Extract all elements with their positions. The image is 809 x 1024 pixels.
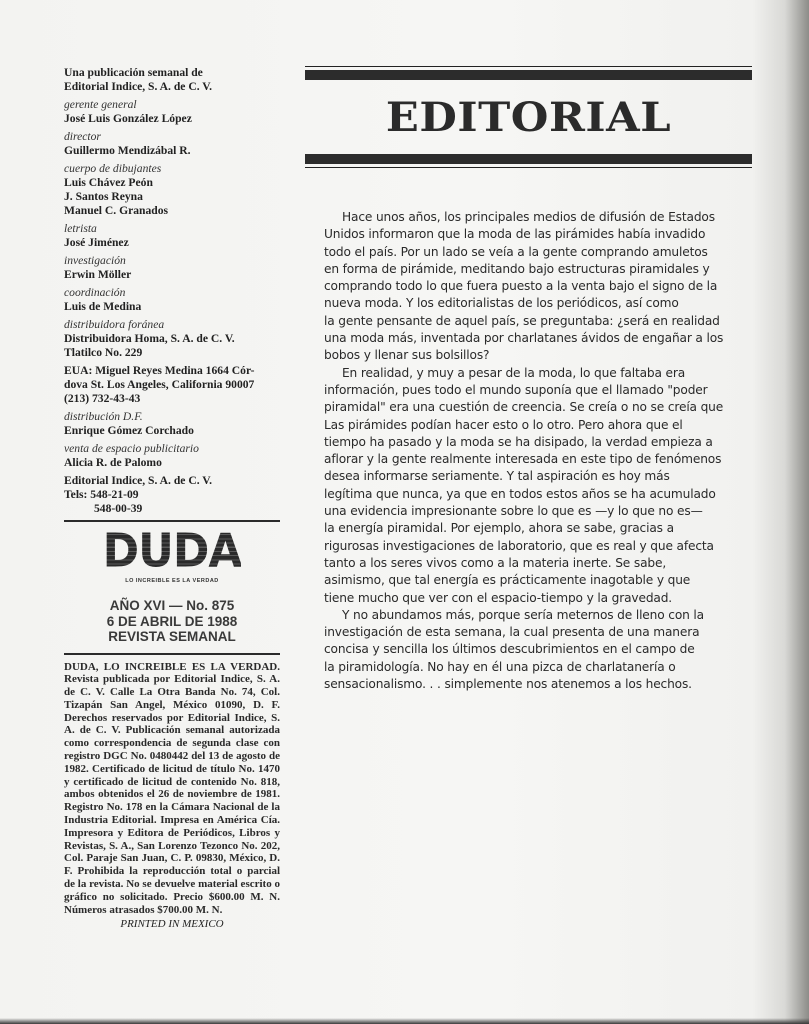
contact-info: Editorial Indice, S. A. de C. V. Tels: 5… — [64, 474, 280, 516]
issue-type: REVISTA SEMANAL — [64, 629, 280, 645]
staff-role: venta de espacio publicitario — [64, 442, 280, 456]
text-line: Las pirámides podían hacer esto o lo otr… — [324, 417, 742, 434]
legal-notice: DUDA, LO INCREIBLE ES LA VERDAD. Revista… — [64, 661, 280, 917]
text-line: asimismo, que tal energía es prácticamen… — [324, 572, 742, 589]
contact-phone: Tels: 548-21-09 — [64, 488, 280, 502]
issue-number: AÑO XVI — No. 875 — [64, 598, 280, 614]
magazine-page: Una publicación semanal de Editorial Ind… — [0, 0, 809, 1024]
staff-entry: director Guillermo Mendizábal R. — [64, 130, 280, 158]
staff-name: Alicia R. de Palomo — [64, 456, 280, 470]
text-line: rigurosas investigaciones de laboratorio… — [324, 538, 742, 555]
paragraph: En realidad, y muy a pesar de la moda, l… — [324, 365, 742, 607]
rule-bar-bottom — [305, 154, 752, 164]
staff-role: distribuidora foránea — [64, 318, 280, 332]
text-line: tanto a los seres vivos como a la materi… — [324, 555, 742, 572]
staff-name: Manuel C. Granados — [64, 204, 280, 218]
publisher-line: Editorial Indice, S. A. de C. V. — [64, 80, 280, 94]
text-line: aflorar y la gente realmente interesada … — [324, 451, 742, 468]
text-line: tiene mucho que ver con el espacio-tiemp… — [324, 590, 742, 607]
editorial-body: Hace unos años, los principales medios d… — [324, 209, 742, 693]
printed-in-mexico: PRINTED IN MEXICO — [64, 917, 280, 931]
text-line: bobos y llenar sus bolsillos? — [324, 347, 742, 364]
duda-logo: DUDA — [103, 531, 242, 573]
staff-entry: venta de espacio publicitario Alicia R. … — [64, 442, 280, 470]
staff-entry: letrista José Jiménez — [64, 222, 280, 250]
staff-name: Luis Chávez Peón — [64, 176, 280, 190]
text-line: comprando todo lo que fuera puesto a la … — [324, 278, 742, 295]
staff-name: J. Santos Reyna — [64, 190, 280, 204]
text-line: en forma de pirámide, meditando bajo est… — [324, 261, 742, 278]
staff-role: director — [64, 130, 280, 144]
rule-thin-bottom — [305, 167, 752, 168]
staff-name: Luis de Medina — [64, 300, 280, 314]
editorial-header: EDITORIAL — [305, 66, 752, 168]
us-distributor: EUA: Miguel Reyes Medina 1664 Cór- dova … — [64, 364, 280, 406]
contact-phone: 548-00-39 — [64, 502, 280, 516]
text-line: legítima que nunca, ya que en todos esto… — [324, 486, 742, 503]
staff-role: distribución D.F. — [64, 410, 280, 424]
us-distributor-line: EUA: Miguel Reyes Medina 1664 Cór- — [64, 364, 280, 378]
staff-role: gerente general — [64, 98, 280, 112]
staff-entry: investigación Erwin Möller — [64, 254, 280, 282]
text-line: la piramidología. No hay en él una pizca… — [324, 659, 742, 676]
text-line: Hace unos años, los principales medios d… — [324, 209, 742, 226]
publisher-info: Una publicación semanal de Editorial Ind… — [64, 66, 280, 94]
divider — [64, 520, 280, 522]
staff-role: coordinación — [64, 286, 280, 300]
page-bottom-edge — [0, 1018, 809, 1024]
staff-name: José Jiménez — [64, 236, 280, 250]
divider — [64, 653, 280, 655]
staff-name: Enrique Gómez Corchado — [64, 424, 280, 438]
text-line: Unidos informaron que la moda de las pir… — [324, 226, 742, 243]
masthead: Una publicación semanal de Editorial Ind… — [64, 66, 280, 931]
staff-name: José Luis González López — [64, 112, 280, 126]
staff-name: Tlatilco No. 229 — [64, 346, 280, 360]
staff-role: letrista — [64, 222, 280, 236]
text-line: una evidencia impresionante sobre lo que… — [324, 503, 742, 520]
text-line: una moda más, inventada por charlatanes … — [324, 330, 742, 347]
publisher-line: Una publicación semanal de — [64, 66, 280, 80]
text-line: sensacionalismo. . . simplemente nos ate… — [324, 676, 742, 693]
staff-role: cuerpo de dibujantes — [64, 162, 280, 176]
staff-entry: gerente general José Luis González López — [64, 98, 280, 126]
contact-company: Editorial Indice, S. A. de C. V. — [64, 474, 280, 488]
text-line: Y no abundamos más, porque sería meterno… — [324, 607, 742, 624]
text-line: investigación de esta semana, la cual pr… — [324, 624, 742, 641]
staff-name: Distribuidora Homa, S. A. de C. V. — [64, 332, 280, 346]
text-line: tiempo ha pasado y la moda se ha disipad… — [324, 434, 742, 451]
staff-entry: coordinación Luis de Medina — [64, 286, 280, 314]
staff-entry: distribuidora foránea Distribuidora Homa… — [64, 318, 280, 360]
text-line: piramidal" era una cuestión de creencia.… — [324, 399, 742, 416]
rule-bar-top — [305, 70, 752, 80]
staff-name: Guillermo Mendizábal R. — [64, 144, 280, 158]
duda-logo-block: DUDA LO INCREIBLE ES LA VERDAD — [64, 532, 280, 588]
issue-date: 6 DE ABRIL DE 1988 — [64, 614, 280, 630]
staff-entry: distribución D.F. Enrique Gómez Corchado — [64, 410, 280, 438]
issue-info: AÑO XVI — No. 875 6 DE ABRIL DE 1988 REV… — [64, 598, 280, 645]
text-line: la gente pensante de aquel país, se preg… — [324, 313, 742, 330]
paragraph: Hace unos años, los principales medios d… — [324, 209, 742, 365]
staff-role: investigación — [64, 254, 280, 268]
text-line: En realidad, y muy a pesar de la moda, l… — [324, 365, 742, 382]
text-line: nueva moda. Y los editorialistas de los … — [324, 295, 742, 312]
text-line: información, pues todo el mundo suponía … — [324, 382, 742, 399]
paragraph: Y no abundamos más, porque sería meterno… — [324, 607, 742, 693]
text-line: la energía piramidal. Por ejemplo, ahora… — [324, 520, 742, 537]
staff-name: Erwin Möller — [64, 268, 280, 282]
staff-entry: cuerpo de dibujantes Luis Chávez Peón J.… — [64, 162, 280, 218]
text-line: todo el país. Por un lado se veía a la g… — [324, 244, 742, 261]
text-line: concisa y sencilla los últimos descubrim… — [324, 641, 742, 658]
editorial-title: EDITORIAL — [287, 80, 770, 154]
us-distributor-line: dova St. Los Angeles, California 90007 — [64, 378, 280, 392]
text-line: desea informarse seriamente. Y tal aspir… — [324, 468, 742, 485]
us-distributor-phone: (213) 732-43-43 — [64, 392, 280, 406]
